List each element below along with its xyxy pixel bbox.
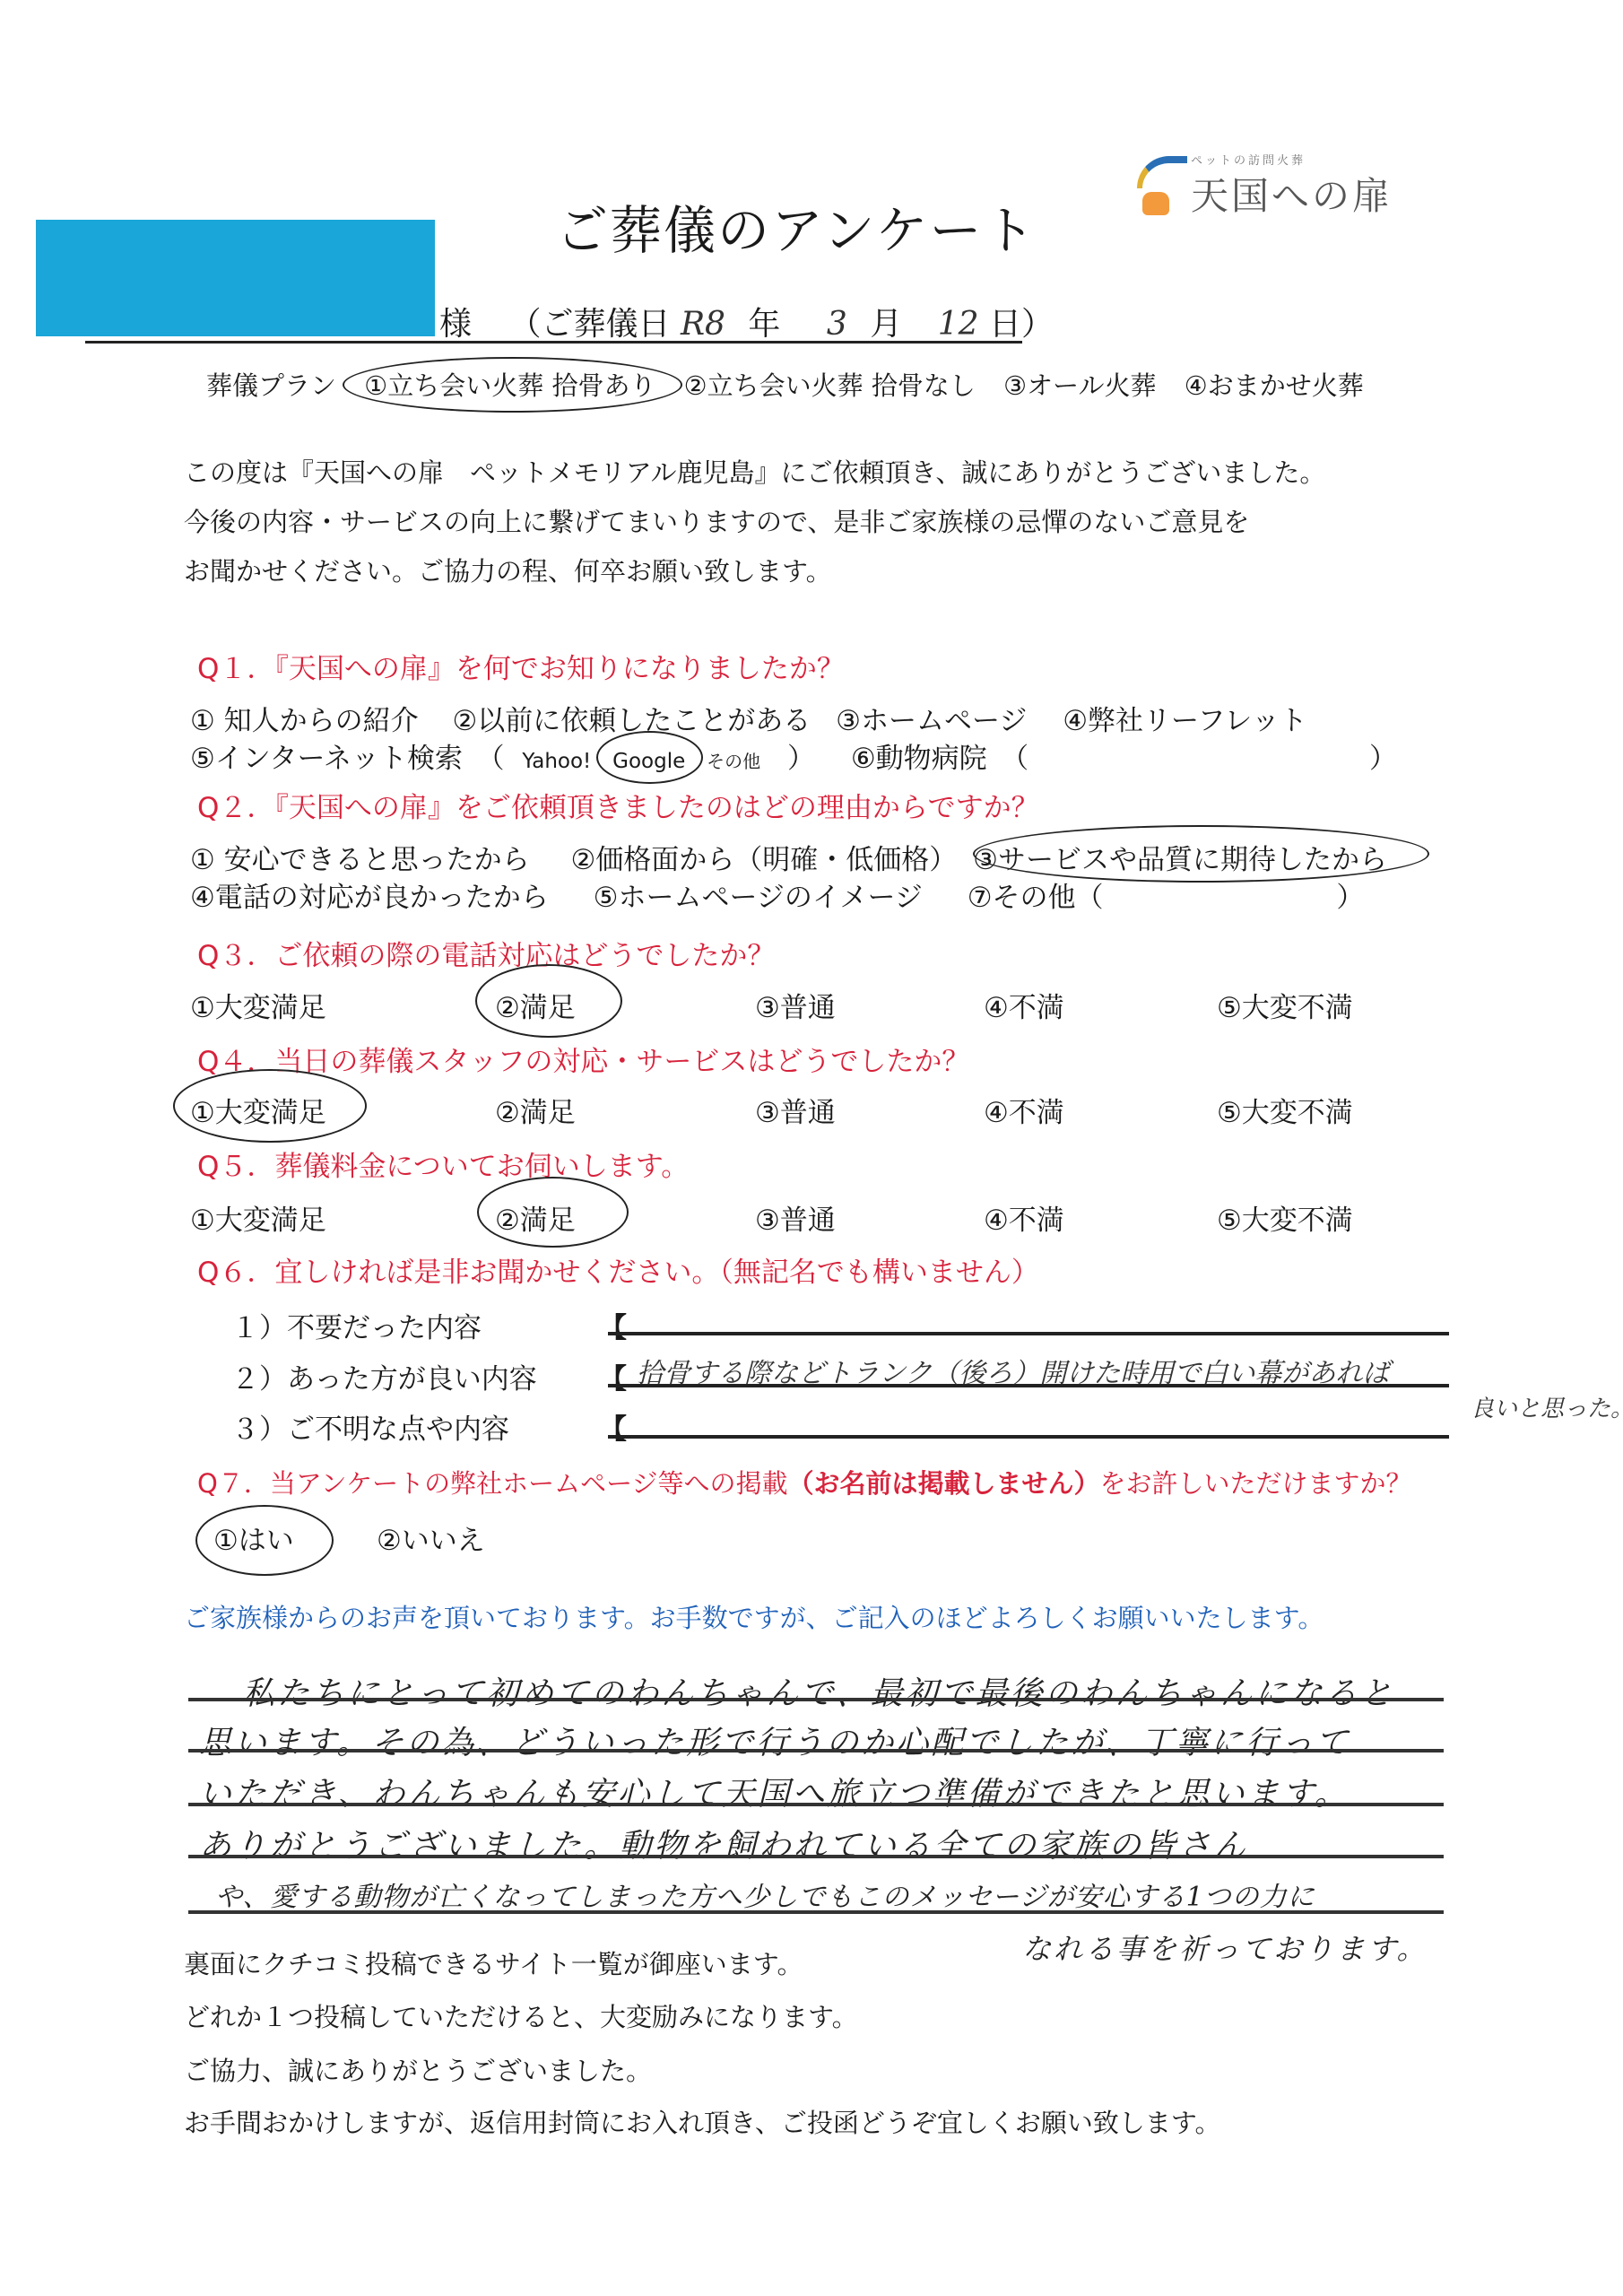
q1-label: Q１．『天国への扉』を何でお知りになりましたか？ [197, 646, 845, 686]
funeral-year-field[interactable]: R8 [681, 306, 725, 343]
q6-item-1-bracket: 【 [599, 1305, 627, 1345]
q4-option-5[interactable]: ⑤大変不満 [1217, 1090, 1353, 1130]
q6-item-2-answer-cont: 良いと思った。 [1471, 1390, 1623, 1423]
q4-selected-circle [173, 1069, 367, 1143]
q1-option-5[interactable]: ⑤インターネット検索 （ [190, 743, 505, 775]
plan-label: 葬儀プラン [206, 370, 336, 401]
honorific-label: 様 [439, 306, 472, 343]
intro-line-1: この度は『天国への扉 ペットメモリアル鹿児島』にご依頼頂き、誠にありがとうござい… [184, 453, 1325, 490]
q7-label-note: （お名前は掲載しません） [788, 1468, 1100, 1499]
intro-line-2: 今後の内容・サービスの向上に繋げてまいりますので、是非ご家族様の忌憚のないご意見… [184, 502, 1249, 539]
q6-item-2-answer[interactable]: 拾骨する際などトランク（後ろ）開けた時用で白い幕があれば [637, 1351, 1389, 1390]
voice-line-3[interactable]: いただき、わんちゃんも安心して天国へ旅立つ準備ができたと思います。 [199, 1769, 1350, 1814]
q2-option-1[interactable]: ① 安心できると思ったから [190, 844, 530, 876]
q6-item-2-label: ２）あった方が良い内容 [231, 1356, 537, 1396]
voice-line-5[interactable]: や、愛する動物が亡くなってしまった方へ少しでもこのメッセージが安心する1つの力に [215, 1874, 1315, 1914]
q5-option-1[interactable]: ①大変満足 [190, 1197, 326, 1238]
logo-tagline: ペットの訪問火葬 [1191, 151, 1306, 168]
q2-paren-close: ） [1336, 882, 1364, 914]
q4-option-3[interactable]: ③普通 [755, 1090, 836, 1130]
q1-option-1[interactable]: ① 知人からの紹介 [190, 705, 419, 737]
q7-selected-circle [195, 1505, 334, 1576]
q6-item-1-label: １）不要だった内容 [231, 1305, 482, 1345]
q1-other-option[interactable]: その他 [707, 751, 760, 772]
rainbow-arc-icon [1137, 156, 1187, 188]
voice-rule-2 [188, 1749, 1444, 1752]
day-label: 日） [989, 306, 1054, 343]
q5-label: Q５．葬儀料金についてお伺いします。 [197, 1144, 689, 1184]
plan-option-3[interactable]: ③オール火葬 [1003, 370, 1156, 401]
q3-label: Q３．ご依頼の際の電話対応はどうでしたか？ [197, 933, 775, 973]
q7-label-end: をお許しいただけますか？ [1100, 1468, 1412, 1499]
q1-row2: ⑤インターネット検索 （ Yahoo! Google その他 ） ⑥動物病院 （… [190, 735, 1397, 776]
funeral-day-field[interactable]: 12 [938, 306, 979, 343]
q3-option-1[interactable]: ①大変満足 [190, 985, 326, 1025]
funeral-month-field[interactable]: 3 [827, 306, 847, 343]
q7-label: Q７．当アンケートの弊社ホームページ等への掲載（お名前は掲載しません）をお許しい… [197, 1464, 1412, 1500]
q2-selected-circle [973, 825, 1429, 883]
voice-line-6[interactable]: なれる事を祈っております。 [1022, 1926, 1428, 1968]
year-label: 年 [748, 306, 780, 343]
voice-prompt: ご家族様からのお声を頂いております。お手数ですが、ご記入のほどよろしくお願いいた… [184, 1598, 1324, 1635]
q7-label-main: Q７．当アンケートの弊社ホームページ等への掲載 [197, 1468, 788, 1499]
customer-date-line: 様 （ご葬儀日 R8 年 3 月 12 日） [439, 299, 1054, 344]
voice-rule-1 [188, 1698, 1444, 1701]
plan-option-4[interactable]: ④おまかせ火葬 [1185, 370, 1364, 401]
q4-option-4[interactable]: ④不満 [984, 1090, 1064, 1130]
q3-option-4[interactable]: ④不満 [984, 985, 1064, 1025]
q5-option-3[interactable]: ③普通 [755, 1197, 836, 1238]
page-title: ご葬儀のアンケート [556, 188, 1037, 264]
redacted-name-box [36, 220, 435, 336]
q3-option-5[interactable]: ⑤大変不満 [1217, 985, 1353, 1025]
q6-item-2-bracket: 【 [599, 1356, 627, 1396]
voice-rule-4 [188, 1855, 1444, 1858]
q1-selected-circle [596, 731, 703, 784]
q6-item-3-label: ３）ご不明な点や内容 [231, 1406, 509, 1447]
q4-option-2[interactable]: ②満足 [495, 1090, 576, 1130]
q7-option-no[interactable]: ②いいえ [377, 1518, 485, 1558]
q5-selected-circle [477, 1177, 629, 1248]
footer-line-1: 裏面にクチコミ投稿できるサイト一覧が御座います。 [184, 1944, 803, 1981]
q1-paren-close: ） [787, 743, 815, 775]
name-underline [85, 341, 1022, 344]
footer-line-4: お手間おかけしますが、返信用封筒にお入れ頂き、ご投函どうぞ宜しくお願い致します。 [184, 2103, 1221, 2140]
q1-option-3[interactable]: ③ホームページ [836, 705, 1027, 737]
q1-option-4[interactable]: ④弊社リーフレット [1063, 705, 1307, 737]
q5-option-4[interactable]: ④不満 [984, 1197, 1064, 1238]
month-label: 月 [870, 306, 902, 343]
q2-label: Q２．『天国への扉』をご依頼頂きましたのはどの理由からですか？ [197, 785, 1039, 825]
q2-option-5[interactable]: ⑤ホームページのイメージ [594, 882, 923, 914]
q1-hospital-paren-close: ） [1369, 743, 1397, 775]
q6-item-3-bracket: 【 [599, 1406, 627, 1447]
q1-option-6[interactable]: ⑥動物病院 （ [851, 743, 1028, 775]
plan-option-2[interactable]: ②立ち会い火葬 拾骨なし [684, 370, 976, 401]
intro-line-3: お聞かせください。ご協力の程、何卒お願い致します。 [184, 552, 832, 588]
footer-line-2: どれか１つ投稿していただけると、大変励みになります。 [184, 1997, 858, 2034]
funeral-date-label: （ご葬儀日 [508, 306, 670, 343]
q3-selected-circle [475, 964, 622, 1038]
voice-line-1[interactable]: 私たちにとって初めてのわんちゃんで、最初で最後のわんちゃんになると [242, 1668, 1395, 1714]
paw-icon [1142, 192, 1169, 215]
q2-option-7[interactable]: ⑦その他（ [968, 882, 1104, 914]
voice-line-2[interactable]: 思います。その為、どういった形で行うのか心配でしたが、丁寧に行って [199, 1718, 1350, 1763]
q1-row1: ① 知人からの紹介 ②以前に依頼したことがある ③ホームページ ④弊社リーフレッ… [190, 698, 1307, 738]
q6-label: Q６．宜しければ是非お聞かせください。（無記名でも構いません） [197, 1249, 1039, 1290]
company-logo: ペットの訪問火葬 天国への扉 [1137, 151, 1433, 222]
q6-item-1-field[interactable] [608, 1332, 1449, 1335]
voice-rule-5 [188, 1910, 1444, 1914]
q6-item-3-field[interactable] [608, 1435, 1449, 1439]
logo-name: 天国への扉 [1191, 167, 1393, 221]
footer-line-3: ご協力、誠にありがとうございました。 [184, 2051, 652, 2088]
q2-option-2[interactable]: ②価格面から（明確・低価格） [571, 844, 958, 876]
q1-yahoo-option[interactable]: Yahoo! [522, 750, 591, 773]
voice-line-4[interactable]: ありがとうございました。動物を飼われている全ての家族の皆さん [199, 1821, 1248, 1866]
q5-option-5[interactable]: ⑤大変不満 [1217, 1197, 1353, 1238]
voice-rule-3 [188, 1803, 1444, 1806]
plan-selected-circle [343, 357, 682, 413]
q3-option-3[interactable]: ③普通 [755, 985, 836, 1025]
q2-option-4[interactable]: ④電話の対応が良かったから [190, 882, 549, 914]
